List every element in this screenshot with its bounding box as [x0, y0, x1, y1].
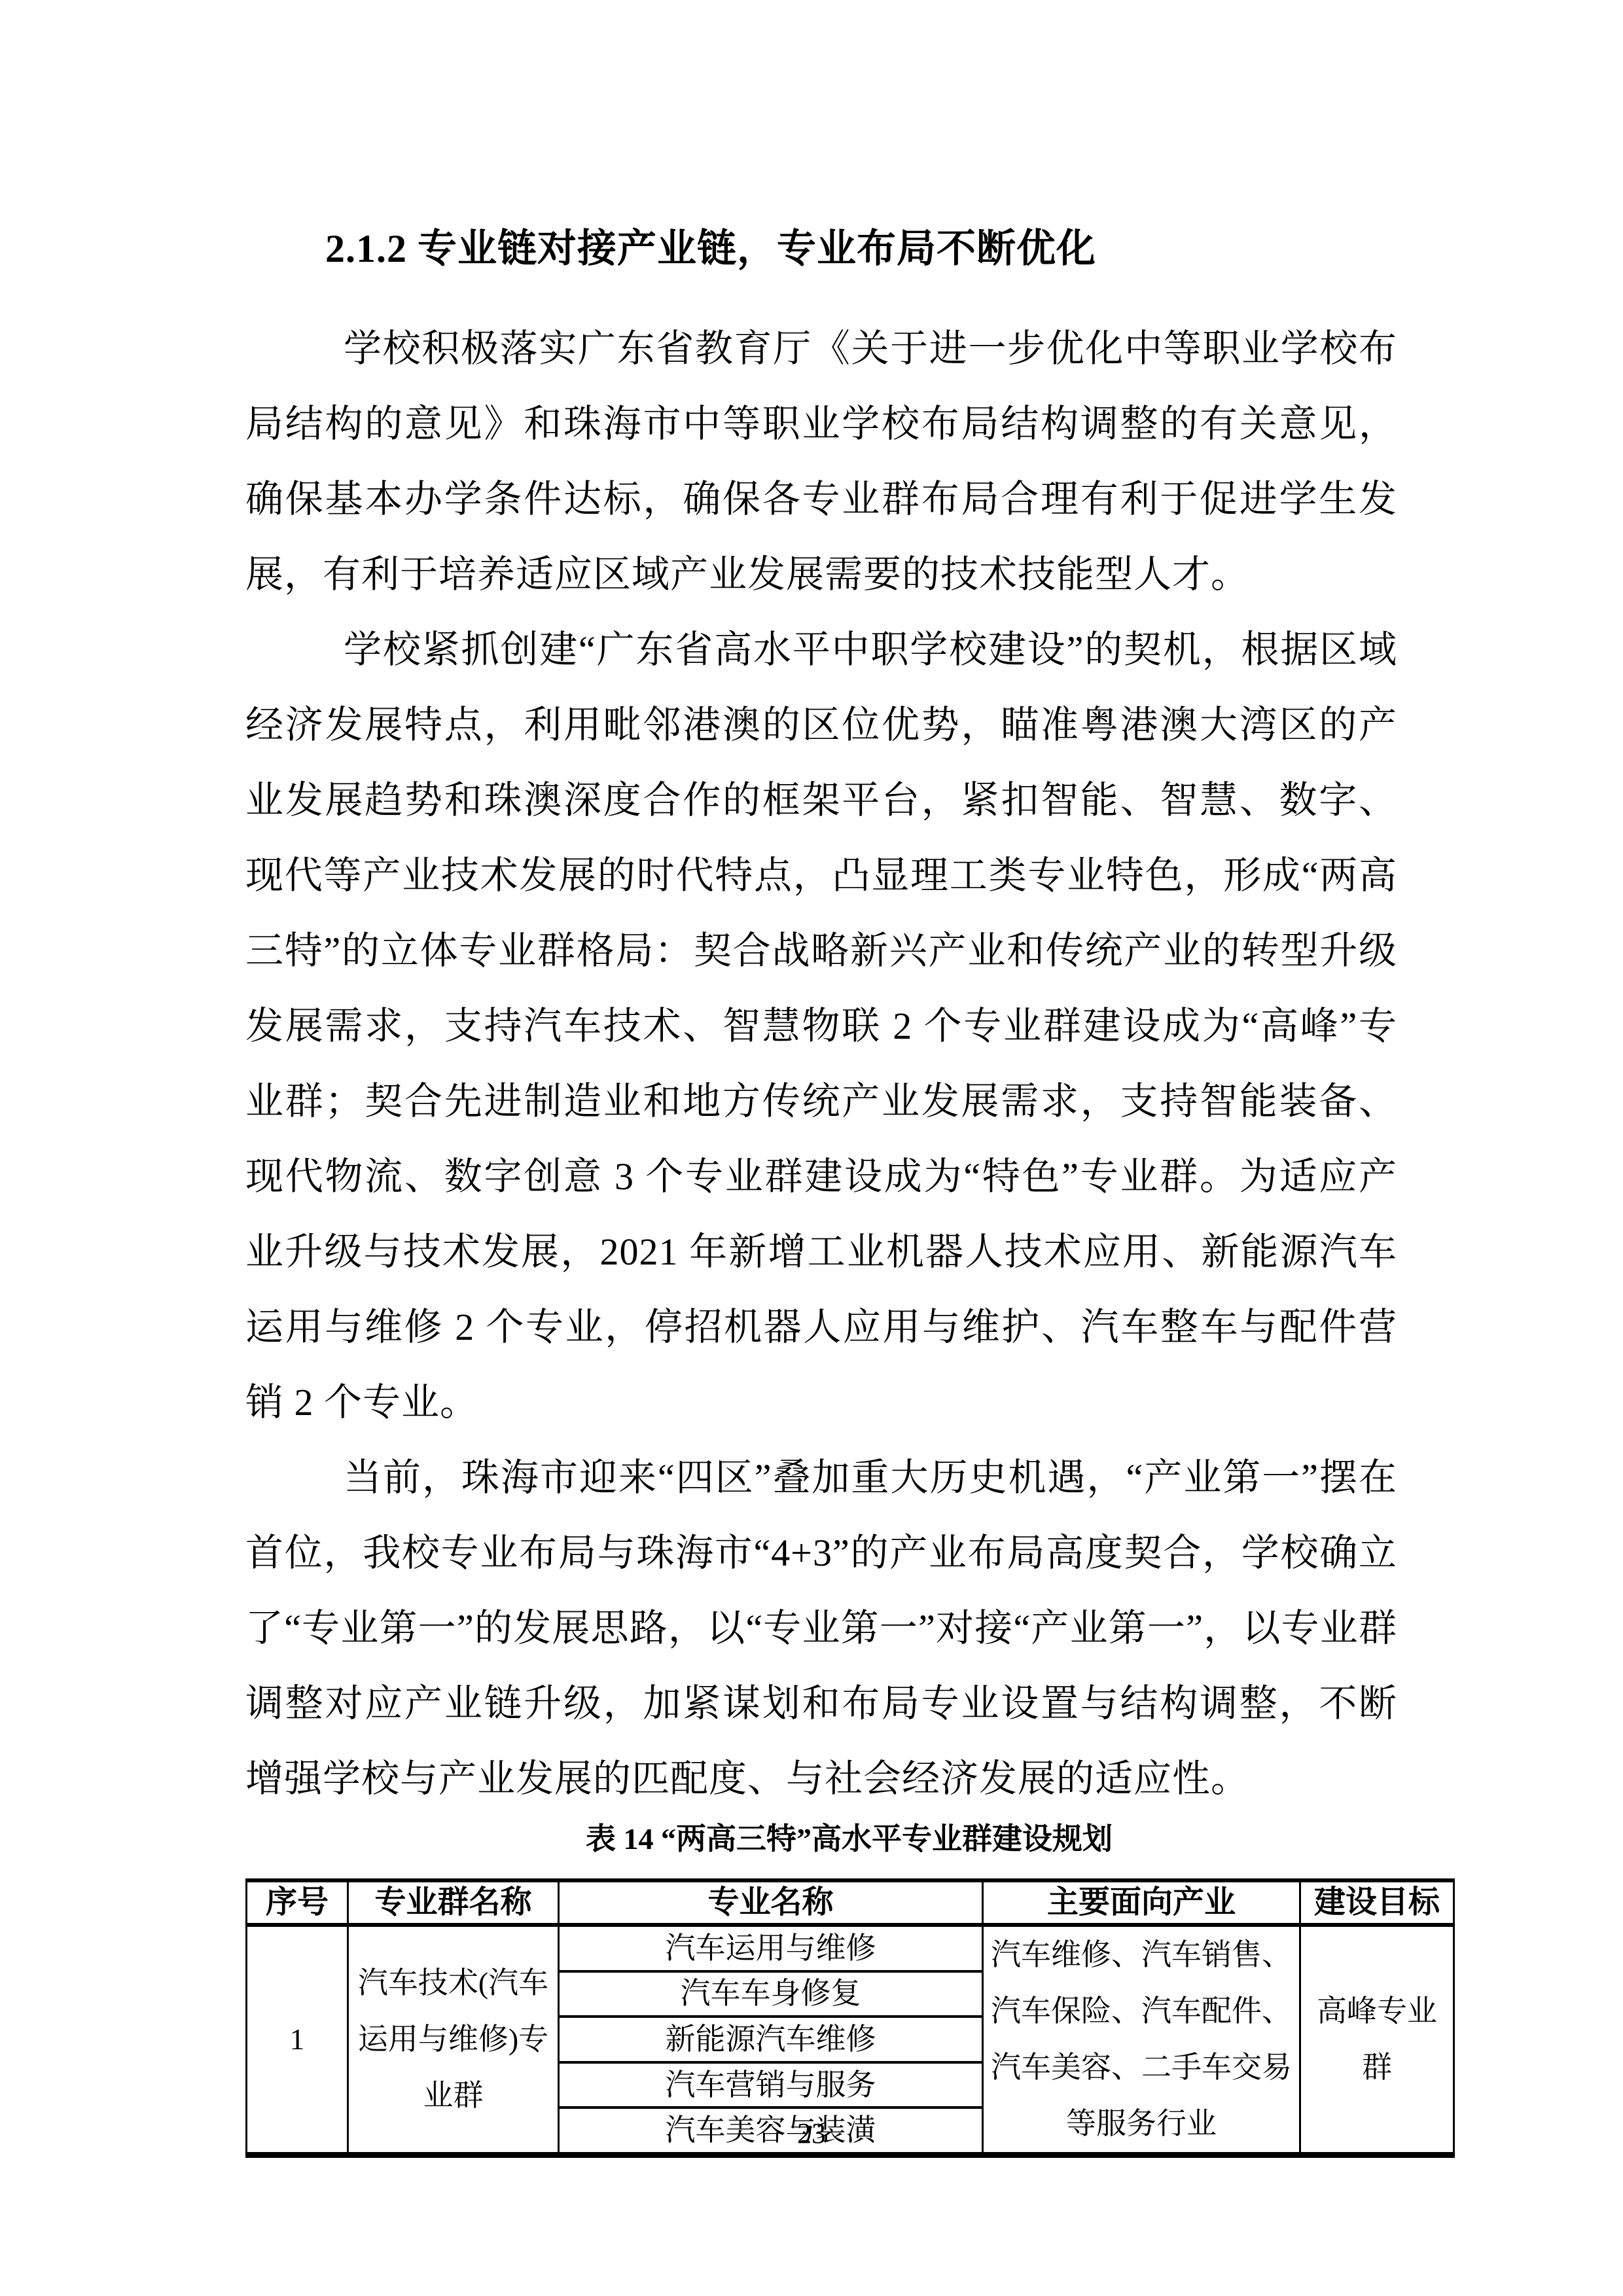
cell-major-1: 汽车运用与维修	[559, 1925, 983, 1971]
table-header-row: 序号 专业群名称 专业名称 主要面向产业 建设目标	[247, 1880, 1454, 1925]
header-cell-goal: 建设目标	[1300, 1880, 1454, 1925]
header-cell-industry: 主要面向产业	[983, 1880, 1300, 1925]
document-page: { "heading": "2.1.2 专业链对接产业链，专业布局不断优化", …	[0, 0, 1623, 2296]
table-header: 序号 专业群名称 专业名称 主要面向产业 建设目标	[247, 1880, 1454, 1925]
header-cell-no: 序号	[247, 1880, 348, 1925]
header-cell-group-name: 专业群名称	[348, 1880, 559, 1925]
section-heading: 2.1.2 专业链对接产业链，专业布局不断优化	[245, 223, 1477, 275]
paragraph-2: 学校紧抓创建“广东省高水平中职学校建设”的契机，根据区域经济发展特点，利用毗邻港…	[245, 612, 1397, 1440]
page-number: 23	[0, 2117, 1623, 2150]
page-content: 2.1.2 专业链对接产业链，专业布局不断优化 学校积极落实广东省教育厅《关于进…	[245, 223, 1456, 2158]
paragraph-3: 当前，珠海市迎来“四区”叠加重大历史机遇，“产业第一”摆在首位，我校专业布局与珠…	[245, 1440, 1397, 1816]
specialty-group-table: 序号 专业群名称 专业名称 主要面向产业 建设目标 1 汽车技术(汽车运用与维修…	[245, 1878, 1455, 2158]
paragraph-1: 学校积极落实广东省教育厅《关于进一步优化中等职业学校布局结构的意见》和珠海市中等…	[245, 311, 1397, 612]
table-row: 1 汽车技术(汽车运用与维修)专业群 汽车运用与维修 汽车维修、汽车销售、汽车保…	[247, 1925, 1454, 1971]
cell-major-4: 汽车营销与服务	[559, 2062, 983, 2108]
header-cell-major-name: 专业名称	[559, 1880, 983, 1925]
table-caption: 表 14 “两高三特”高水平专业群建设规划	[245, 1816, 1453, 1862]
cell-major-3: 新能源汽车维修	[559, 2017, 983, 2062]
cell-major-2: 汽车车身修复	[559, 1971, 983, 2017]
